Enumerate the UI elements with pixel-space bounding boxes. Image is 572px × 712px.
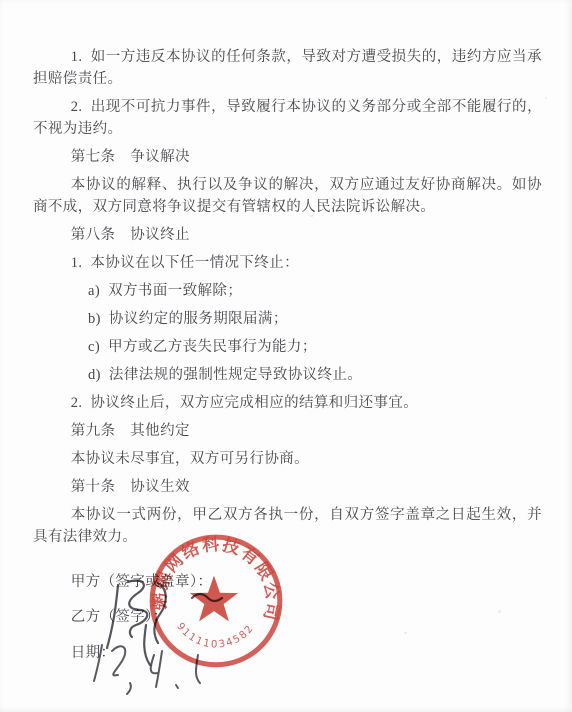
- scan-noise-speck: [310, 215, 313, 217]
- contract-paragraph: 2. 协议终止后，双方应完成相应的结算和归还事宜。: [33, 392, 542, 414]
- list-item: b) 协议约定的服务期限届满；: [33, 308, 542, 330]
- contract-paragraph: 2. 出现不可抗力事件，导致履行本协议的义务部分或全部不能履行的，不视为违约。: [33, 96, 542, 140]
- handwritten-date: [94, 645, 200, 694]
- clause-heading: 第九条 其他约定: [33, 420, 542, 442]
- contract-paragraph: 1. 本协议在以下任一情况下终止：: [33, 252, 542, 274]
- clause-heading: 第八条 协议终止: [33, 224, 542, 246]
- scanned-contract-page: 1. 如一方违反本协议的任何条款，导致对方遭受损失的，违约方应当承担赔偿责任。 …: [0, 0, 572, 712]
- list-item: c) 甲方或乙方丧失民事行为能力；: [33, 336, 542, 358]
- clause-heading: 第十条 协议生效: [33, 476, 542, 498]
- handwritten-signature: [70, 515, 320, 712]
- list-item: a) 双方书面一致解除；: [33, 280, 542, 302]
- contract-paragraph: 本协议的解释、执行以及争议的解决，双方应通过友好协商解决。如协商不成，双方同意将…: [33, 174, 542, 218]
- signature-tilde: [192, 594, 222, 601]
- scan-noise-speck: [545, 97, 547, 99]
- list-item: d) 法律法规的强制性规定导致协议终止。: [33, 364, 542, 386]
- clause-heading: 第七条 争议解决: [33, 146, 542, 168]
- scan-noise-speck: [404, 632, 407, 634]
- contract-paragraph: 1. 如一方违反本协议的任何条款，导致对方遭受损失的，违约方应当承担赔偿责任。: [33, 46, 542, 90]
- contract-paragraph: 本协议未尽事宜，双方可另行协商。: [33, 448, 542, 470]
- scan-noise-speck: [498, 610, 501, 613]
